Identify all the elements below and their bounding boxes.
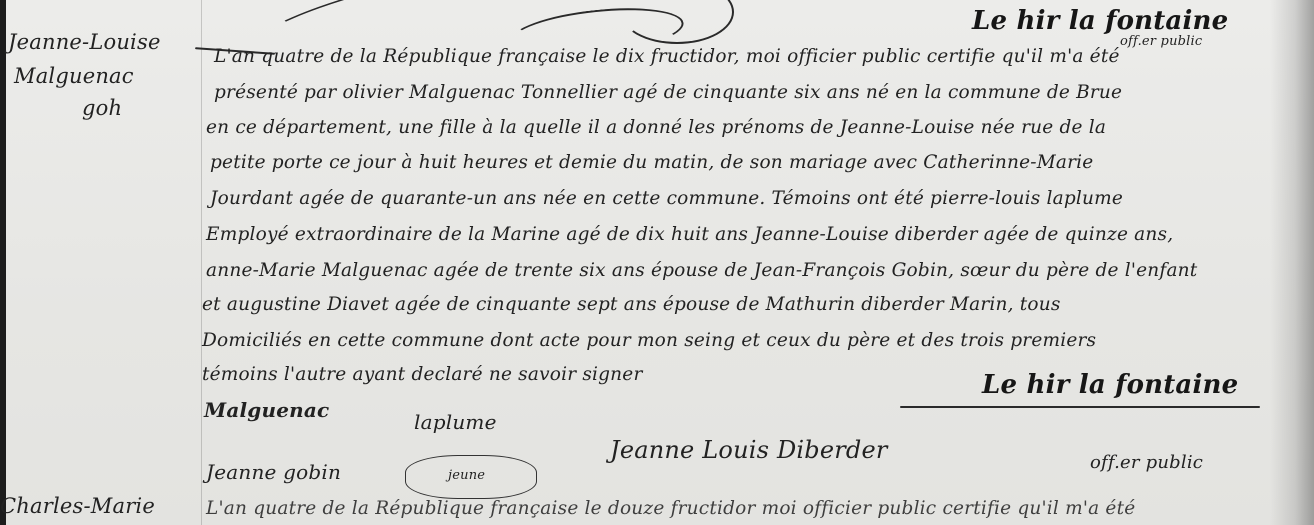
margin-name-suffix: goh xyxy=(82,96,122,120)
officer-title-closing: off.er public xyxy=(1090,452,1203,473)
header-signature: Le hir la fontaine xyxy=(972,6,1228,36)
signature-underline xyxy=(900,406,1260,408)
officer-closing-signature: Le hir la fontaine xyxy=(982,370,1238,400)
father-signature: Malguenac xyxy=(204,398,329,422)
record-line-2: présenté par olivier Malguenac Tonnellie… xyxy=(214,82,1122,103)
witness-gobin-signature: Jeanne gobin xyxy=(206,460,341,484)
binding-edge xyxy=(0,0,6,525)
record-line-7: anne-Marie Malguenac agée de trente six … xyxy=(206,260,1197,281)
next-entry-line: L'an quatre de la République française l… xyxy=(206,498,1135,519)
record-line-3: en ce département, une fille à la quelle… xyxy=(206,117,1106,138)
margin-rule xyxy=(201,0,202,525)
witness-laplume-signature: laplume xyxy=(414,410,497,434)
witness-diberder-signature: Jeanne Louis Diberder xyxy=(610,436,888,464)
record-line-1: L'an quatre de la République française l… xyxy=(214,46,1120,67)
record-line-8: et augustine Diavet agée de cinquante se… xyxy=(202,294,1061,315)
next-margin-name: Charles-Marie xyxy=(0,494,155,518)
record-line-4: petite porte ce jour à huit heures et de… xyxy=(210,152,1093,173)
register-page: Jeanne-Louise Malguenac goh Le hir la fo… xyxy=(0,0,1314,525)
record-line-10: témoins l'autre ayant declaré ne savoir … xyxy=(202,364,643,385)
header-signature-title: off.er public xyxy=(1120,34,1202,49)
margin-name-surname: Malguenac xyxy=(14,64,134,88)
record-line-9: Domiciliés en cette commune dont acte po… xyxy=(202,330,1096,351)
margin-name-given: Jeanne-Louise xyxy=(8,30,161,54)
record-line-5: Jourdant agée de quarante-un ans née en … xyxy=(210,188,1123,209)
witness-laplume-note: jeune xyxy=(448,468,485,483)
record-line-6: Employé extraordinaire de la Marine agé … xyxy=(206,224,1173,245)
